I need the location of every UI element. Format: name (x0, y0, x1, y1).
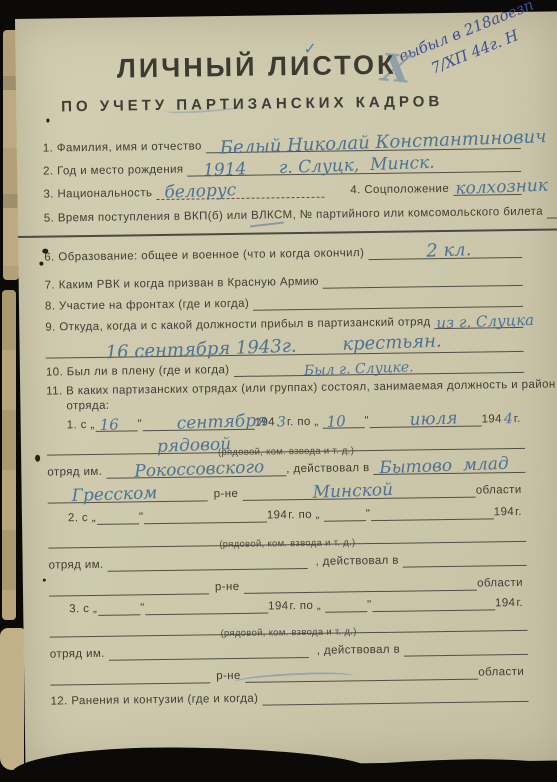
paper-speck (39, 262, 43, 266)
field-3-label: 3. Национальность (43, 187, 156, 202)
entry-1-oblast-label: области (476, 484, 526, 498)
field-3-4-row: 3. Национальность белорус 4. Соцположени… (43, 178, 521, 202)
field-6-label: 6. Образование: общее и военное (что и к… (44, 247, 368, 265)
entry-3-oblast-label: области (478, 666, 528, 680)
field-5-line (547, 202, 557, 218)
field-7-line (323, 270, 523, 289)
field-8-label: 8. Участие на фронтах (где и когда) (45, 298, 253, 314)
entry-1-acted-line: Бытово млад (373, 457, 525, 475)
entry-1-year-to-print: 194 (481, 413, 503, 426)
field-1-label: 1. Фамилия, имя и отчество (43, 140, 206, 155)
field-9-continuation-row: 16 сентября 1943г. крестьян. (46, 335, 524, 359)
entry-3-unit-row: отряд им. , действовал в (50, 638, 528, 662)
field-3-value: белорус (164, 182, 236, 201)
entry-3-year-suffix: г. (516, 597, 527, 610)
field-5-label: 5. Время поступления в ВКП(б) или ВЛКСМ,… (44, 206, 547, 226)
field-8-row: 8. Участие на фронтах (где и когда) (45, 290, 523, 314)
field-12-label: 12. Ранения и контузии (где и когда) (50, 693, 262, 709)
entry-3-day-to-line (325, 596, 367, 613)
section-divider-rule (18, 228, 557, 238)
entry-3-day-from-line (98, 599, 140, 616)
entry-3-unit-line (109, 642, 309, 661)
entry-2-unit-row: отряд им. , действовал в (48, 549, 526, 573)
scanned-document-background: выбыл в 218аоезп 7/ХП 44г. Н ✓ X ЛИЧНЫЙ … (0, 0, 557, 782)
entry-1-unit-line: Рокоссовского (106, 460, 286, 479)
page-subtitle: ПО УЧЕТУ ПАРТИЗАНСКИХ КАДРОВ (16, 92, 488, 116)
entry-2-month-to-line (371, 503, 494, 521)
entry-3-from-label: 3. с „ (69, 603, 98, 616)
entry-1-from-label: 1. с „ (67, 419, 96, 432)
field-3-line: белорус (156, 182, 324, 200)
entry-2-day-to-line (324, 505, 366, 522)
paper-speck (35, 455, 40, 462)
entry-1-oblast-line: Минской (242, 482, 476, 501)
entry-3-acted-line (404, 639, 528, 657)
entry-1-day-to-line: 10 (322, 412, 364, 429)
field-10-label: 10. Был ли в плену (где и когда) (46, 364, 234, 380)
field-2-line: 1914 г. Слуцк, Минск. (187, 156, 521, 177)
entry-1-to-label: г. по „ (287, 416, 323, 429)
entry-1-month-from: сентября (177, 413, 268, 433)
entry-1-unit-label: отряд им. (47, 466, 106, 480)
entry-3-to-label: г. по „ (289, 600, 325, 613)
entry-2-acted-line (403, 550, 527, 568)
entry-1-month-from-line: сентября (143, 414, 255, 432)
entry-1-district-row: Гресском р-не Минской области (48, 480, 526, 504)
field-6-row: 6. Образование: общее и военное (что и к… (44, 241, 522, 265)
entry-3-year-from-print: 194 (268, 600, 290, 613)
entry-1-acted-label: , действовал в (286, 462, 373, 476)
field-1-value: Белый Николай Константинович (220, 128, 547, 157)
field-11-label-2: отряда: (66, 400, 113, 414)
entry-3-month-from-line (146, 598, 269, 616)
form-page: выбыл в 218аоезп 7/ХП 44г. Н ✓ X ЛИЧНЫЙ … (15, 11, 557, 767)
entry-1-district-label: р-не (208, 488, 243, 501)
entry-1-acted-value: Бытово млад (379, 456, 509, 478)
entry-3-year-to-print: 194 (495, 597, 517, 610)
field-9-line-2: 16 сентября 1943г. крестьян. (46, 336, 524, 359)
torn-binding-stub (2, 290, 16, 620)
field-6-line: 2 кл. (368, 242, 522, 260)
field-6-value: 2 кл. (426, 241, 472, 261)
entry-1-unit-value: Рокоссовского (134, 459, 264, 481)
entry-2-year-suffix: г. (515, 506, 526, 519)
field-8-line (253, 291, 523, 311)
field-12-row: 12. Ранения и контузии (где и когда) (50, 685, 528, 709)
entry-1-year-suffix: г. (514, 413, 525, 426)
entry-1-day-to: 10 (326, 414, 346, 430)
field-4-value: колхозник (455, 178, 548, 198)
field-7-row: 7. Каким РВК и когда призван в Красную А… (45, 269, 523, 293)
entry-2-oblast-label: области (477, 577, 527, 591)
entry-2-date-row: 2. с „ " 194 г. по „ " 194 г. (68, 502, 526, 525)
entry-1-district-value: Гресском (71, 485, 157, 505)
entry-2-unit-label: отряд им. (49, 559, 108, 573)
entry-2-year-to-print: 194 (494, 506, 516, 519)
entry-1-year-to-hw: 4 (504, 411, 513, 427)
entry-1-day-from-line: 16 (96, 415, 138, 432)
field-10-line: Был г. Слуцке. (233, 357, 524, 377)
entry-1-year-from-hw: 3 (277, 414, 286, 430)
field-2-label: 2. Год и место рождения (43, 164, 188, 179)
paper-speck (43, 579, 46, 582)
field-1-line: Белый Николай Константинович (206, 133, 521, 153)
entry-1-oblast-value: Минской (312, 482, 393, 502)
entry-2-district-label: р-не (209, 581, 244, 594)
field-10-value: Был г. Слуцке. (303, 360, 413, 378)
entry-2-day-from-line (97, 508, 139, 525)
entry-2-to-label: г. по „ (288, 509, 324, 522)
entry-2-acted-label: , действовал в (307, 555, 402, 569)
entry-3-date-row: 3. с „ " 194 г. по „ " 194 г. (69, 593, 527, 616)
field-9-line: из г. Слуцка (434, 312, 523, 329)
entry-1-district-line: Гресском (48, 485, 208, 503)
entry-3-month-to-line (372, 594, 495, 612)
entry-2-unit-line (107, 553, 307, 572)
field-4-label: 4. Соцположение (324, 183, 453, 198)
paper-speck (42, 249, 48, 254)
entry-2-from-label: 2. с „ (68, 512, 97, 525)
entry-1-month-to-line: июля (370, 411, 482, 429)
entry-3-acted-label: , действовал в (309, 644, 404, 658)
entry-2-year-from-print: 194 (267, 509, 289, 522)
field-9-value: из г. Слуцка (436, 313, 534, 331)
field-12-line (262, 686, 528, 706)
paper-speck (46, 119, 49, 123)
field-2-value: 1914 г. Слуцк, Минск. (203, 155, 435, 180)
entry-1-month-to: июля (410, 410, 459, 429)
torn-binding-stub (0, 628, 24, 770)
entry-2-district-line (49, 578, 209, 596)
field-1-row: 1. Фамилия, имя и отчество Белый Николай… (43, 132, 521, 156)
field-7-label: 7. Каким РВК и когда призван в Красную А… (45, 276, 323, 293)
entry-1-day-from: 16 (99, 417, 119, 433)
field-4-line: колхозник (453, 179, 521, 196)
entry-1-date-row: 1. с „ 16 " сентября 194 3 г. по „ 10 " … (67, 409, 525, 432)
entry-2-oblast-line (243, 575, 477, 594)
entry-2-month-from-line (144, 507, 267, 525)
entry-3-unit-label: отряд им. (50, 648, 109, 662)
entry-3-district-line (50, 667, 210, 685)
field-9-row: 9. Откуда, когда и с какой должности при… (45, 311, 523, 335)
field-2-row: 2. Год и место рождения 1914 г. Слуцк, М… (43, 155, 521, 179)
